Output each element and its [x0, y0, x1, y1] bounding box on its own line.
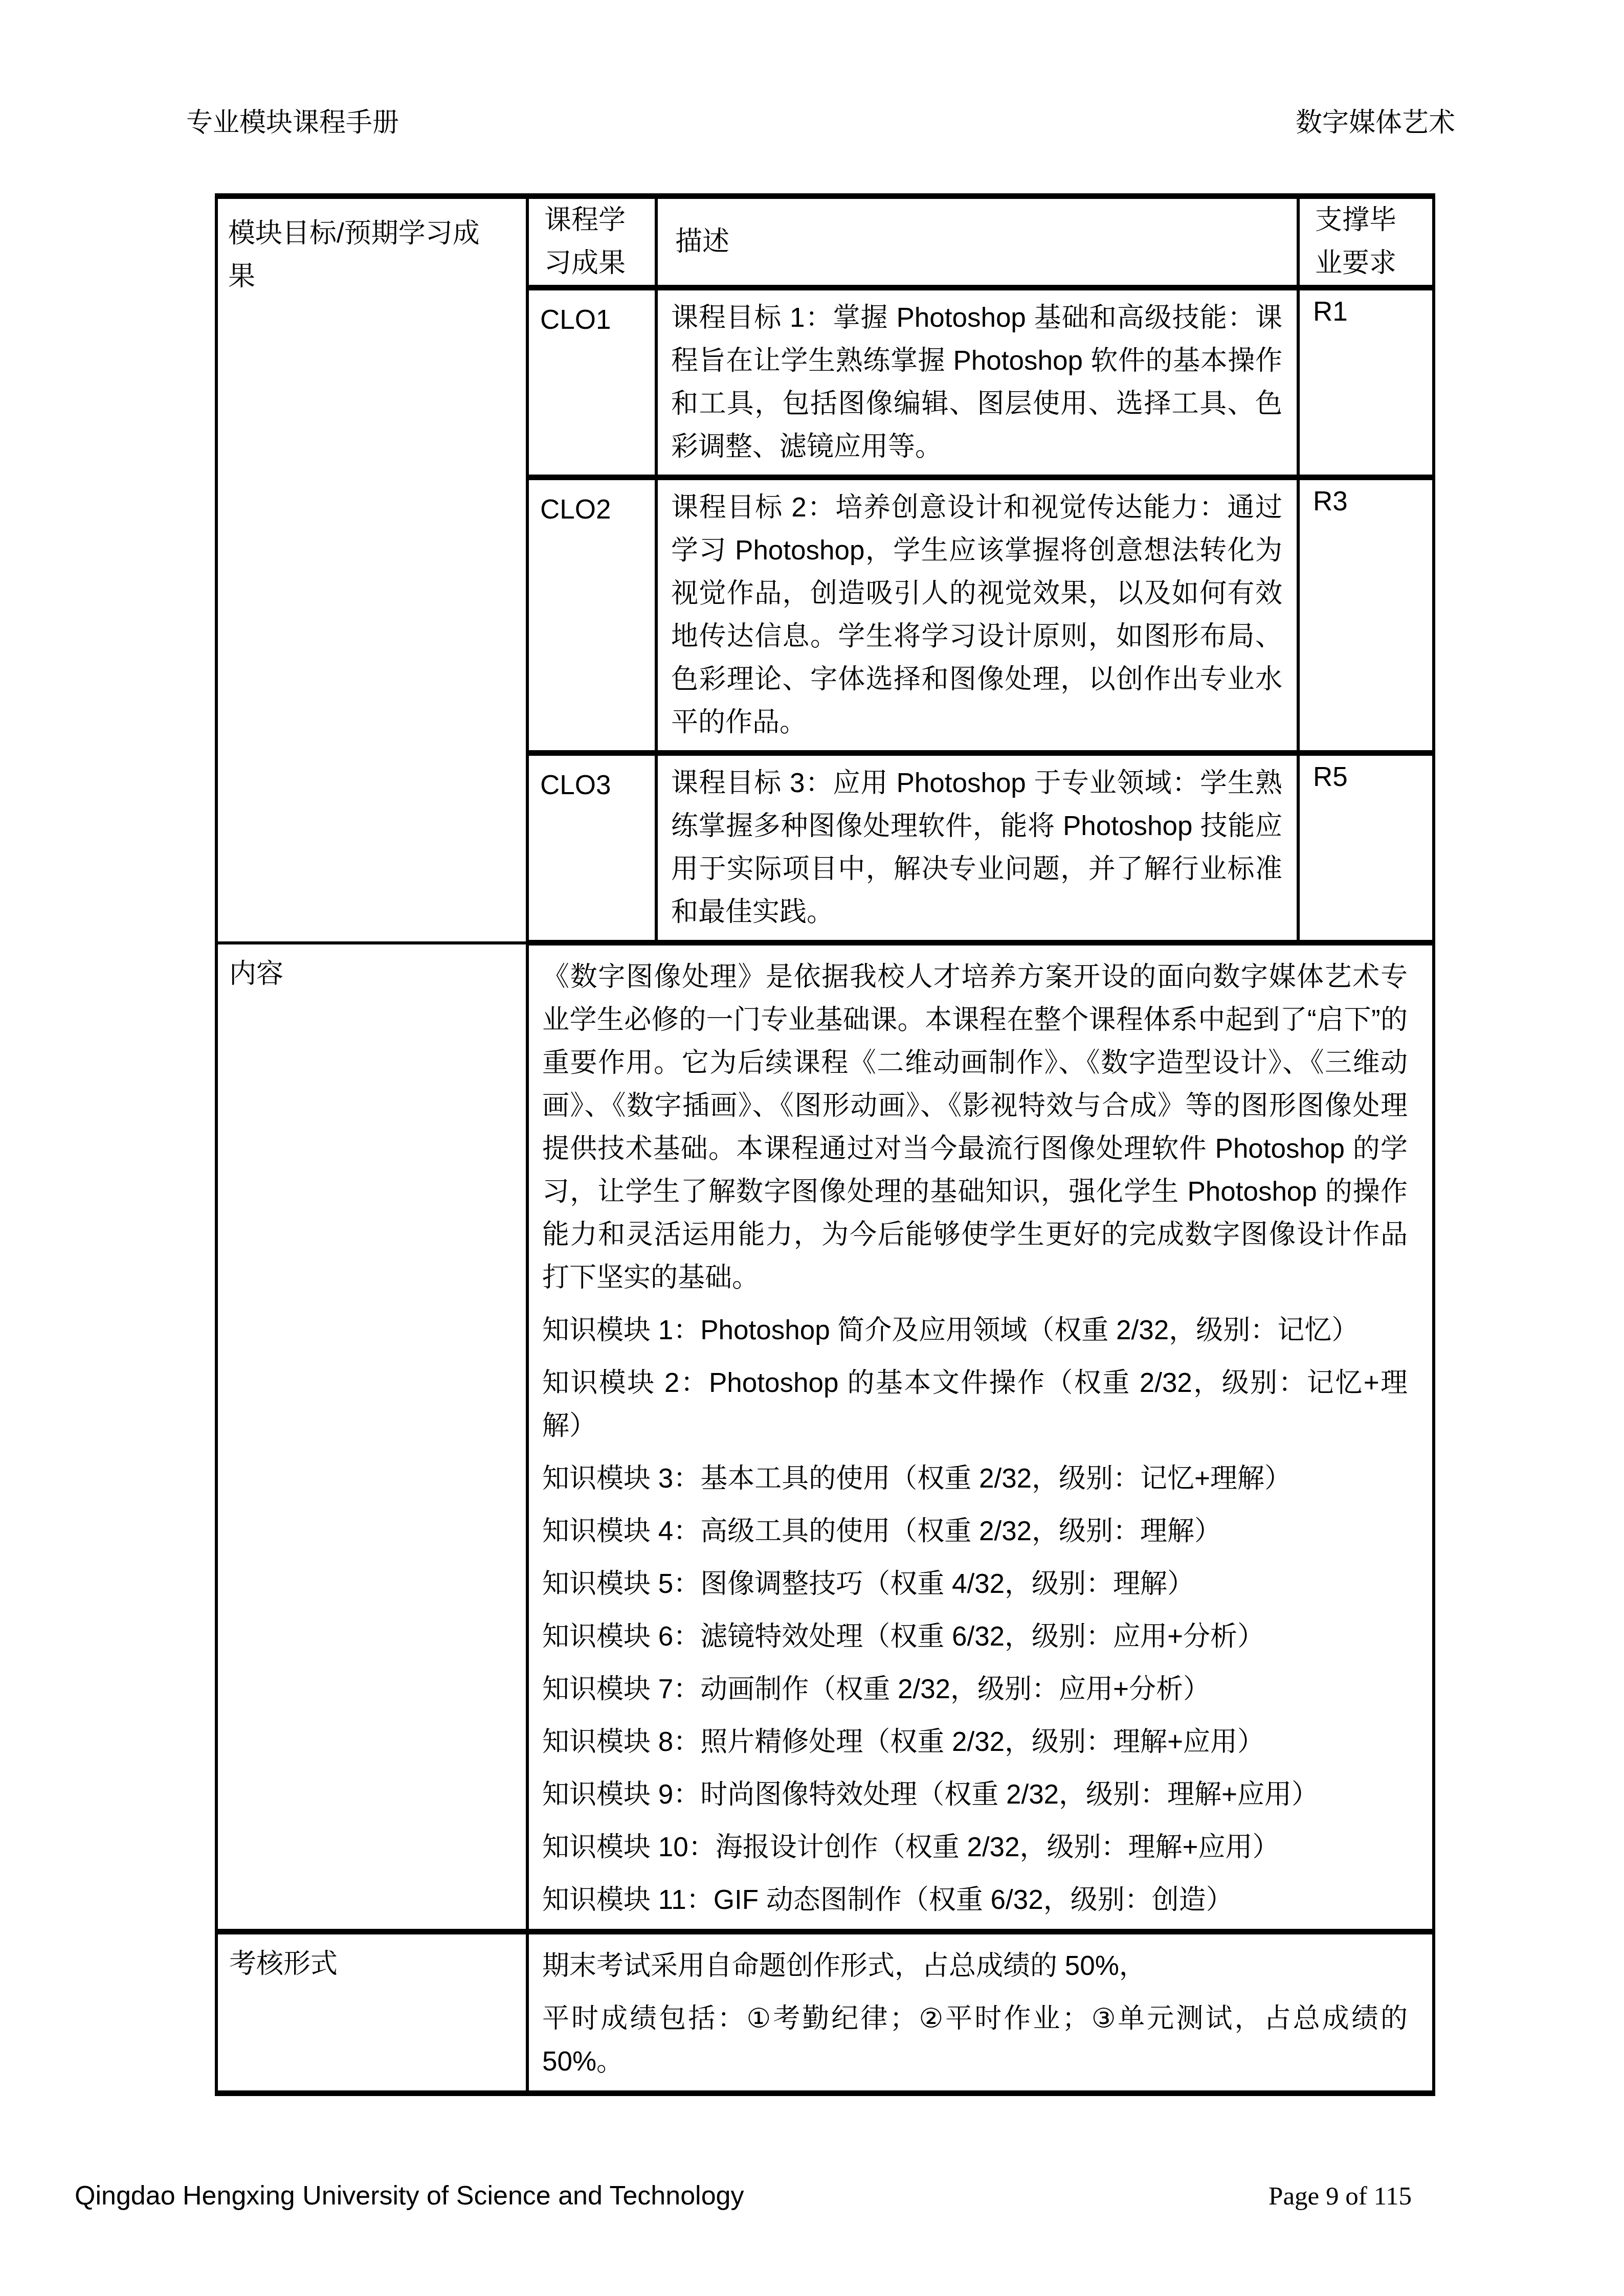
content-intro-paragraph: 《数字图像处理》是依据我校人才培养方案开设的面向数字媒体艺术专业学生必修的一门专… — [542, 956, 1408, 1299]
clo-id-cell: CLO3 — [527, 753, 656, 943]
knowledge-module-item: 知识模块 3：基本工具的使用（权重 2/32，级别：记忆+理解） — [542, 1457, 1408, 1500]
page-header: 专业模块课程手册 数字媒体艺术 — [186, 105, 1455, 141]
assessment-body-cell: 期末考试采用自命题创作形式，占总成绩的 50%， 平时成绩包括：①考勤纪律；②平… — [527, 1932, 1434, 2094]
clo-description-cell: 课程目标 1：掌握 Photoshop 基础和高级技能：课程旨在让学生熟练掌握 … — [656, 288, 1298, 478]
knowledge-module-item: 知识模块 11：GIF 动态图制作（权重 6/32，级别：创造） — [542, 1879, 1408, 1922]
knowledge-module-item: 知识模块 6：滤镜特效处理（权重 6/32，级别：应用+分析） — [542, 1615, 1408, 1658]
clo-column-header-cell: 课程学 习成果 — [527, 196, 656, 288]
page-footer: Qingdao Hengxing University of Science a… — [75, 2177, 1412, 2215]
knowledge-module-item: 知识模块 7：动画制作（权重 2/32，级别：应用+分析） — [542, 1668, 1408, 1711]
requirement-cell: R3 — [1298, 478, 1434, 753]
knowledge-module-item: 知识模块 10：海报设计创作（权重 2/32，级别：理解+应用） — [542, 1826, 1408, 1869]
description-column-header-cell: 描述 — [656, 196, 1298, 288]
module-objectives-header-cell: 模块目标/预期学习成 果 — [216, 196, 527, 943]
course-outcomes-table: 模块目标/预期学习成 果 课程学 习成果 描述 支撑毕 业要求 CLO1 课程目… — [215, 193, 1435, 2096]
footer-page-number: Page 9 of 115 — [1269, 2178, 1412, 2215]
assessment-line: 平时成绩包括：①考勤纪律；②平时作业；③单元测试，占总成绩的 50%。 — [542, 1997, 1408, 2083]
content-label-cell: 内容 — [216, 943, 527, 1932]
clo-id-cell: CLO2 — [527, 478, 656, 753]
clo-description-cell: 课程目标 3：应用 Photoshop 于专业领域：学生熟练掌握多种图像处理软件… — [656, 753, 1298, 943]
document-page: 专业模块课程手册 数字媒体艺术 模块目标/预期学习成 果 课程学 习成果 描述 … — [0, 0, 1624, 2296]
knowledge-module-item: 知识模块 1：Photoshop 简介及应用领域（权重 2/32，级别：记忆） — [542, 1309, 1408, 1352]
requirement-cell: R5 — [1298, 753, 1434, 943]
knowledge-module-item: 知识模块 5：图像调整技巧（权重 4/32，级别：理解） — [542, 1563, 1408, 1606]
graduation-requirement-column-header-cell: 支撑毕 业要求 — [1298, 196, 1434, 288]
header-right-text: 数字媒体艺术 — [1296, 105, 1455, 141]
knowledge-module-item: 知识模块 2：Photoshop 的基本文件操作（权重 2/32，级别：记忆+理… — [542, 1362, 1408, 1448]
knowledge-module-item: 知识模块 4：高级工具的使用（权重 2/32，级别：理解） — [542, 1510, 1408, 1553]
assessment-line: 期末考试采用自命题创作形式，占总成绩的 50%， — [542, 1945, 1408, 1988]
knowledge-module-item: 知识模块 8：照片精修处理（权重 2/32，级别：理解+应用） — [542, 1721, 1408, 1764]
knowledge-module-item: 知识模块 9：时尚图像特效处理（权重 2/32，级别：理解+应用） — [542, 1773, 1408, 1816]
assessment-row: 考核形式 期末考试采用自命题创作形式，占总成绩的 50%， 平时成绩包括：①考勤… — [216, 1932, 1434, 2094]
clo-id-cell: CLO1 — [527, 288, 656, 478]
header-left-text: 专业模块课程手册 — [186, 105, 399, 141]
footer-university-text: Qingdao Hengxing University of Science a… — [75, 2177, 744, 2214]
table-header-row: 模块目标/预期学习成 果 课程学 习成果 描述 支撑毕 业要求 — [216, 196, 1434, 288]
clo-description-cell: 课程目标 2：培养创意设计和视觉传达能力：通过学习 Photoshop，学生应该… — [656, 478, 1298, 753]
content-body-cell: 《数字图像处理》是依据我校人才培养方案开设的面向数字媒体艺术专业学生必修的一门专… — [527, 943, 1434, 1932]
content-row: 内容 《数字图像处理》是依据我校人才培养方案开设的面向数字媒体艺术专业学生必修的… — [216, 943, 1434, 1932]
requirement-cell: R1 — [1298, 288, 1434, 478]
assessment-label-cell: 考核形式 — [216, 1932, 527, 2094]
